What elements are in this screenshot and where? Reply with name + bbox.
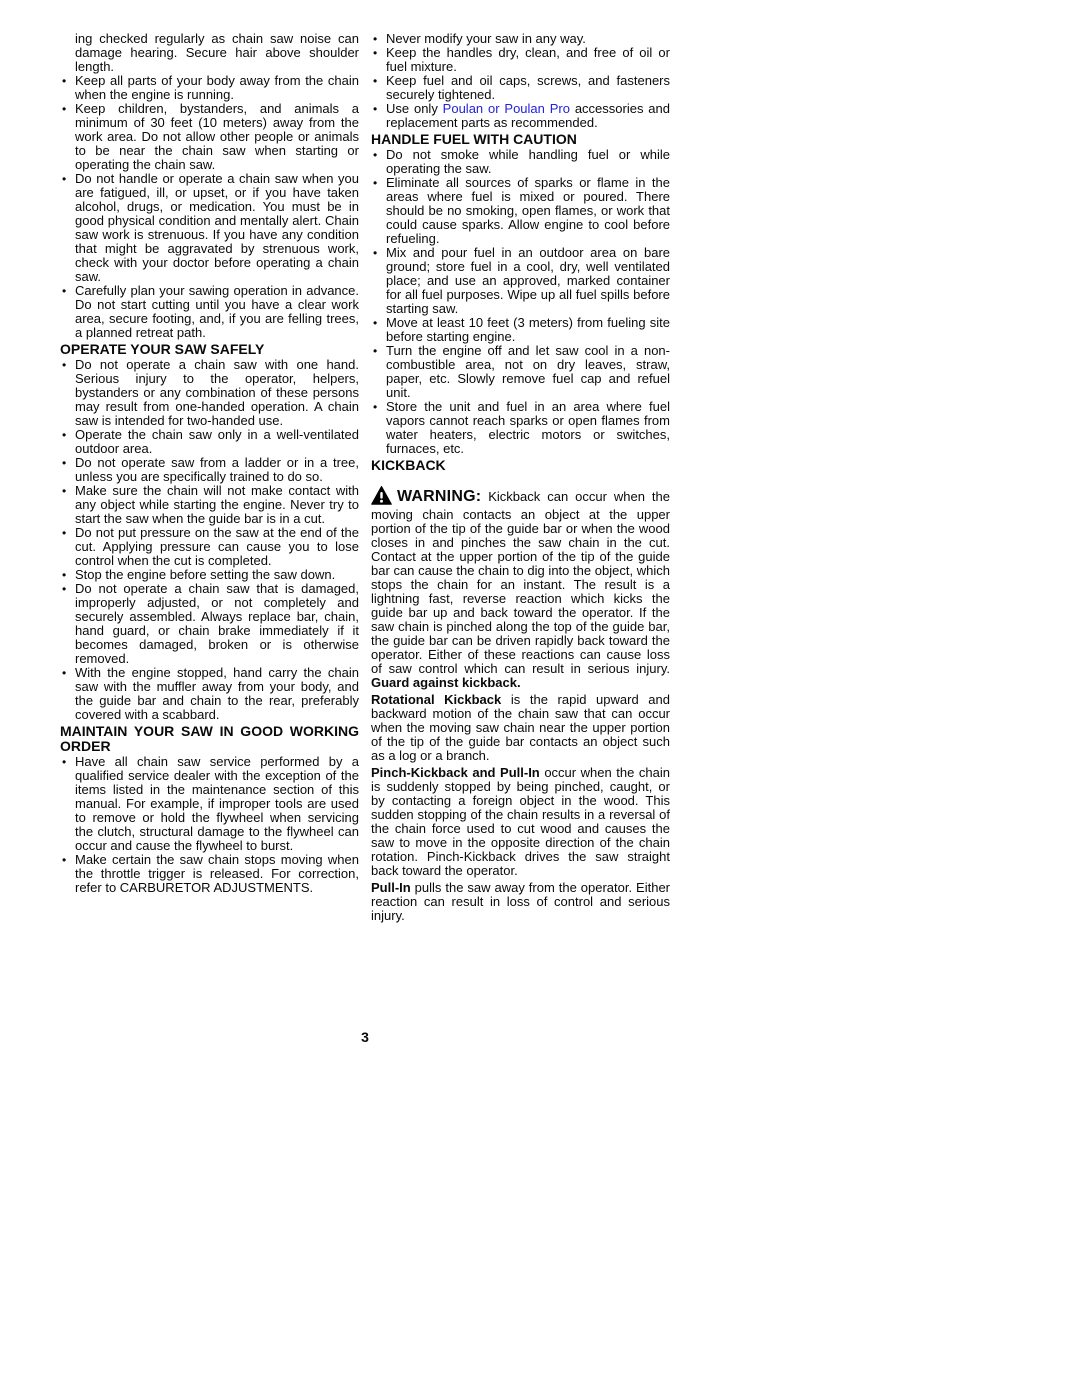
- page-content: ing checked regularly as chain saw noise…: [60, 32, 670, 923]
- bullet-icon: •: [60, 428, 75, 456]
- bullet-text: Keep fuel and oil caps, screws, and fast…: [386, 74, 670, 102]
- bullet-item: • Do not handle or operate a chain saw w…: [60, 172, 359, 284]
- section-heading-maintain-your-saw: MAINTAIN YOUR SAW IN GOOD WORKING ORDER: [60, 724, 359, 754]
- bullet-item: • Do not operate a chain saw with one ha…: [60, 358, 359, 428]
- bullet-icon: •: [371, 176, 386, 246]
- bullet-item: • With the engine stopped, hand carry th…: [60, 666, 359, 722]
- bullet-icon: •: [60, 526, 75, 568]
- warning-callout: WARNING: Kickback can occur when the mov…: [371, 486, 670, 690]
- bullet-text: Keep children, bystanders, and animals a…: [75, 102, 359, 172]
- left-column: ing checked regularly as chain saw noise…: [60, 32, 359, 923]
- bullet-icon: •: [371, 148, 386, 176]
- right-column: • Never modify your saw in any way. • Ke…: [371, 32, 670, 923]
- body-text: Use only: [386, 101, 443, 116]
- bullet-icon: •: [60, 666, 75, 722]
- bullet-icon: •: [371, 316, 386, 344]
- bullet-icon: •: [371, 344, 386, 400]
- bullet-item: • Keep children, bystanders, and animals…: [60, 102, 359, 172]
- bullet-icon: •: [371, 246, 386, 316]
- bullet-text: Do not handle or operate a chain saw whe…: [75, 172, 359, 284]
- bullet-item: • Keep all parts of your body away from …: [60, 74, 359, 102]
- bullet-item: • Eliminate all sources of sparks or fla…: [371, 176, 670, 246]
- brand-link[interactable]: Poulan or Poulan Pro: [443, 101, 570, 116]
- bullet-item: • Operate the chain saw only in a well-v…: [60, 428, 359, 456]
- paragraph-lead: Pinch-Kickback and Pull-In: [371, 765, 540, 780]
- bullet-item: • Do not operate a chain saw that is dam…: [60, 582, 359, 666]
- bullet-text: Eliminate all sources of sparks or flame…: [386, 176, 670, 246]
- bullet-item: • Do not smoke while handling fuel or wh…: [371, 148, 670, 176]
- bullet-item: • Never modify your saw in any way.: [371, 32, 670, 46]
- bullet-text: Keep the handles dry, clean, and free of…: [386, 46, 670, 74]
- bullet-text: Never modify your saw in any way.: [386, 32, 670, 46]
- page-number: 3: [60, 1029, 670, 1045]
- bullet-icon: •: [371, 102, 386, 130]
- bullet-icon: •: [371, 74, 386, 102]
- bullet-text: Do not operate saw from a ladder or in a…: [75, 456, 359, 484]
- paragraph-lead: Pull-In: [371, 880, 411, 895]
- bullet-text: Operate the chain saw only in a well-ven…: [75, 428, 359, 456]
- bullet-text: Do not operate a chain saw with one hand…: [75, 358, 359, 428]
- bullet-text: Make certain the saw chain stops moving …: [75, 853, 359, 895]
- bullet-item: • Use only Poulan or Poulan Pro accessor…: [371, 102, 670, 130]
- bullet-text: Move at least 10 feet (3 meters) from fu…: [386, 316, 670, 344]
- body-text: ing checked regularly as chain saw noise…: [60, 32, 359, 74]
- bullet-item: • Keep the handles dry, clean, and free …: [371, 46, 670, 74]
- warning-triangle-icon: [371, 486, 392, 508]
- bullet-icon: •: [371, 400, 386, 456]
- section-heading-handle-fuel: HANDLE FUEL WITH CAUTION: [371, 132, 670, 147]
- pinch-kickback-paragraph: Pinch-Kickback and Pull-In occur when th…: [371, 766, 670, 878]
- warning-body-text: Kickback can occur when the moving chain…: [371, 489, 670, 676]
- body-text: occur when the chain is suddenly stopped…: [371, 765, 670, 878]
- bullet-icon: •: [60, 358, 75, 428]
- bullet-text: Stop the engine before setting the saw d…: [75, 568, 359, 582]
- bullet-item: • Make sure the chain will not make cont…: [60, 484, 359, 526]
- bullet-icon: •: [60, 568, 75, 582]
- body-text: pulls the saw away from the operator. Ei…: [371, 880, 670, 923]
- bullet-item: • Do not put pressure on the saw at the …: [60, 526, 359, 568]
- bullet-item: • Turn the engine off and let saw cool i…: [371, 344, 670, 400]
- bullet-icon: •: [60, 853, 75, 895]
- warning-emphasis-text: Guard against kickback.: [371, 675, 521, 690]
- paragraph-lead: Rotational Kickback: [371, 692, 501, 707]
- bullet-text: Keep all parts of your body away from th…: [75, 74, 359, 102]
- bullet-text: Store the unit and fuel in an area where…: [386, 400, 670, 456]
- bullet-item: • Do not operate saw from a ladder or in…: [60, 456, 359, 484]
- bullet-icon: •: [60, 284, 75, 340]
- warning-label: WARNING:: [397, 488, 481, 505]
- bullet-icon: •: [60, 755, 75, 853]
- bullet-icon: •: [371, 32, 386, 46]
- bullet-icon: •: [60, 102, 75, 172]
- bullet-icon: •: [371, 46, 386, 74]
- bullet-item: • Mix and pour fuel in an outdoor area o…: [371, 246, 670, 316]
- bullet-text: Do not operate a chain saw that is damag…: [75, 582, 359, 666]
- bullet-icon: •: [60, 582, 75, 666]
- bullet-item: • Move at least 10 feet (3 meters) from …: [371, 316, 670, 344]
- bullet-icon: •: [60, 172, 75, 284]
- bullet-text: Make sure the chain will not make contac…: [75, 484, 359, 526]
- bullet-text: Turn the engine off and let saw cool in …: [386, 344, 670, 400]
- bullet-text: With the engine stopped, hand carry the …: [75, 666, 359, 722]
- bullet-icon: •: [60, 456, 75, 484]
- bullet-text: Do not smoke while handling fuel or whil…: [386, 148, 670, 176]
- bullet-item: • Make certain the saw chain stops movin…: [60, 853, 359, 895]
- bullet-item: • Stop the engine before setting the saw…: [60, 568, 359, 582]
- bullet-item: • Carefully plan your sawing operation i…: [60, 284, 359, 340]
- rotational-kickback-paragraph: Rotational Kickback is the rapid upward …: [371, 693, 670, 763]
- bullet-item: • Keep fuel and oil caps, screws, and fa…: [371, 74, 670, 102]
- bullet-icon: •: [60, 484, 75, 526]
- bullet-text: Mix and pour fuel in an outdoor area on …: [386, 246, 670, 316]
- manual-page: ing checked regularly as chain saw noise…: [0, 0, 1080, 1397]
- bullet-text: Do not put pressure on the saw at the en…: [75, 526, 359, 568]
- bullet-item: • Have all chain saw service performed b…: [60, 755, 359, 853]
- section-heading-operate-your-saw-safely: OPERATE YOUR SAW SAFELY: [60, 342, 359, 357]
- bullet-item: • Store the unit and fuel in an area whe…: [371, 400, 670, 456]
- bullet-icon: •: [60, 74, 75, 102]
- bullet-text: Carefully plan your sawing operation in …: [75, 284, 359, 340]
- pull-in-paragraph: Pull-In pulls the saw away from the oper…: [371, 881, 670, 923]
- section-heading-kickback: KICKBACK: [371, 458, 670, 473]
- bullet-text: Use only Poulan or Poulan Pro accessorie…: [386, 102, 670, 130]
- bullet-text: Have all chain saw service performed by …: [75, 755, 359, 853]
